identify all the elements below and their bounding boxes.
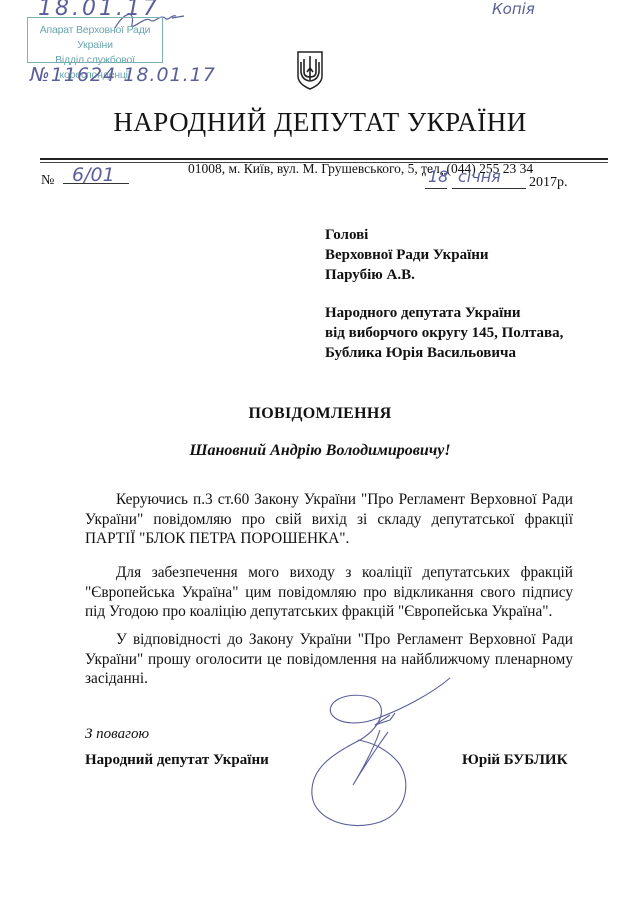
addressee-to-line: Голові: [325, 225, 489, 245]
document-heading: ПОВІДОМЛЕННЯ: [0, 405, 640, 423]
addressee-from: Народного депутата України від виборчого…: [325, 303, 563, 363]
signatory-title: Народний депутат України: [85, 752, 269, 769]
addressee-to-line: Парубію А.В.: [325, 265, 489, 285]
addressee-to-line: Верховної Ради України: [325, 245, 489, 265]
stamp-line-1: Апарат Верховної Ради України: [28, 23, 162, 53]
body-paragraph-2: Для забезпечення мого виходу з коаліції …: [85, 563, 573, 622]
closing-regards: З повагою: [85, 726, 149, 743]
handwritten-corner-note: Копія: [492, 0, 535, 18]
addressee-from-line: Народного депутата України: [325, 303, 563, 323]
registration-stamp: Апарат Верховної Ради України Відділ слу…: [27, 17, 163, 63]
addressee-from-line: Бублика Юрія Васильовича: [325, 343, 563, 363]
number-underline: [63, 183, 129, 184]
date-day-underline: [425, 188, 447, 189]
addressee-to: Голові Верховної Ради України Парубію А.…: [325, 225, 489, 285]
date-month-underline: [452, 188, 526, 189]
letterhead-title: НАРОДНИЙ ДЕПУТАТ УКРАЇНИ: [0, 107, 640, 138]
date-day: 18: [428, 167, 448, 186]
handwritten-registration-number: №11624 18.01.17: [30, 64, 216, 86]
addressee-from-line: від виборчого округу 145, Полтава,: [325, 323, 563, 343]
trident-emblem-icon: [296, 50, 324, 90]
signatory-name: Юрій БУБЛИК: [462, 752, 567, 769]
body-paragraph-1: Керуючись п.3 ст.60 Закону України "Про …: [85, 490, 573, 549]
signature-icon: [290, 670, 460, 850]
number-label: №: [41, 173, 54, 189]
date-year: 2017р.: [529, 175, 568, 191]
salutation: Шановний Андрію Володимировичу!: [0, 442, 640, 460]
letterhead-rule: [40, 158, 608, 160]
date-month: січня: [458, 167, 501, 186]
